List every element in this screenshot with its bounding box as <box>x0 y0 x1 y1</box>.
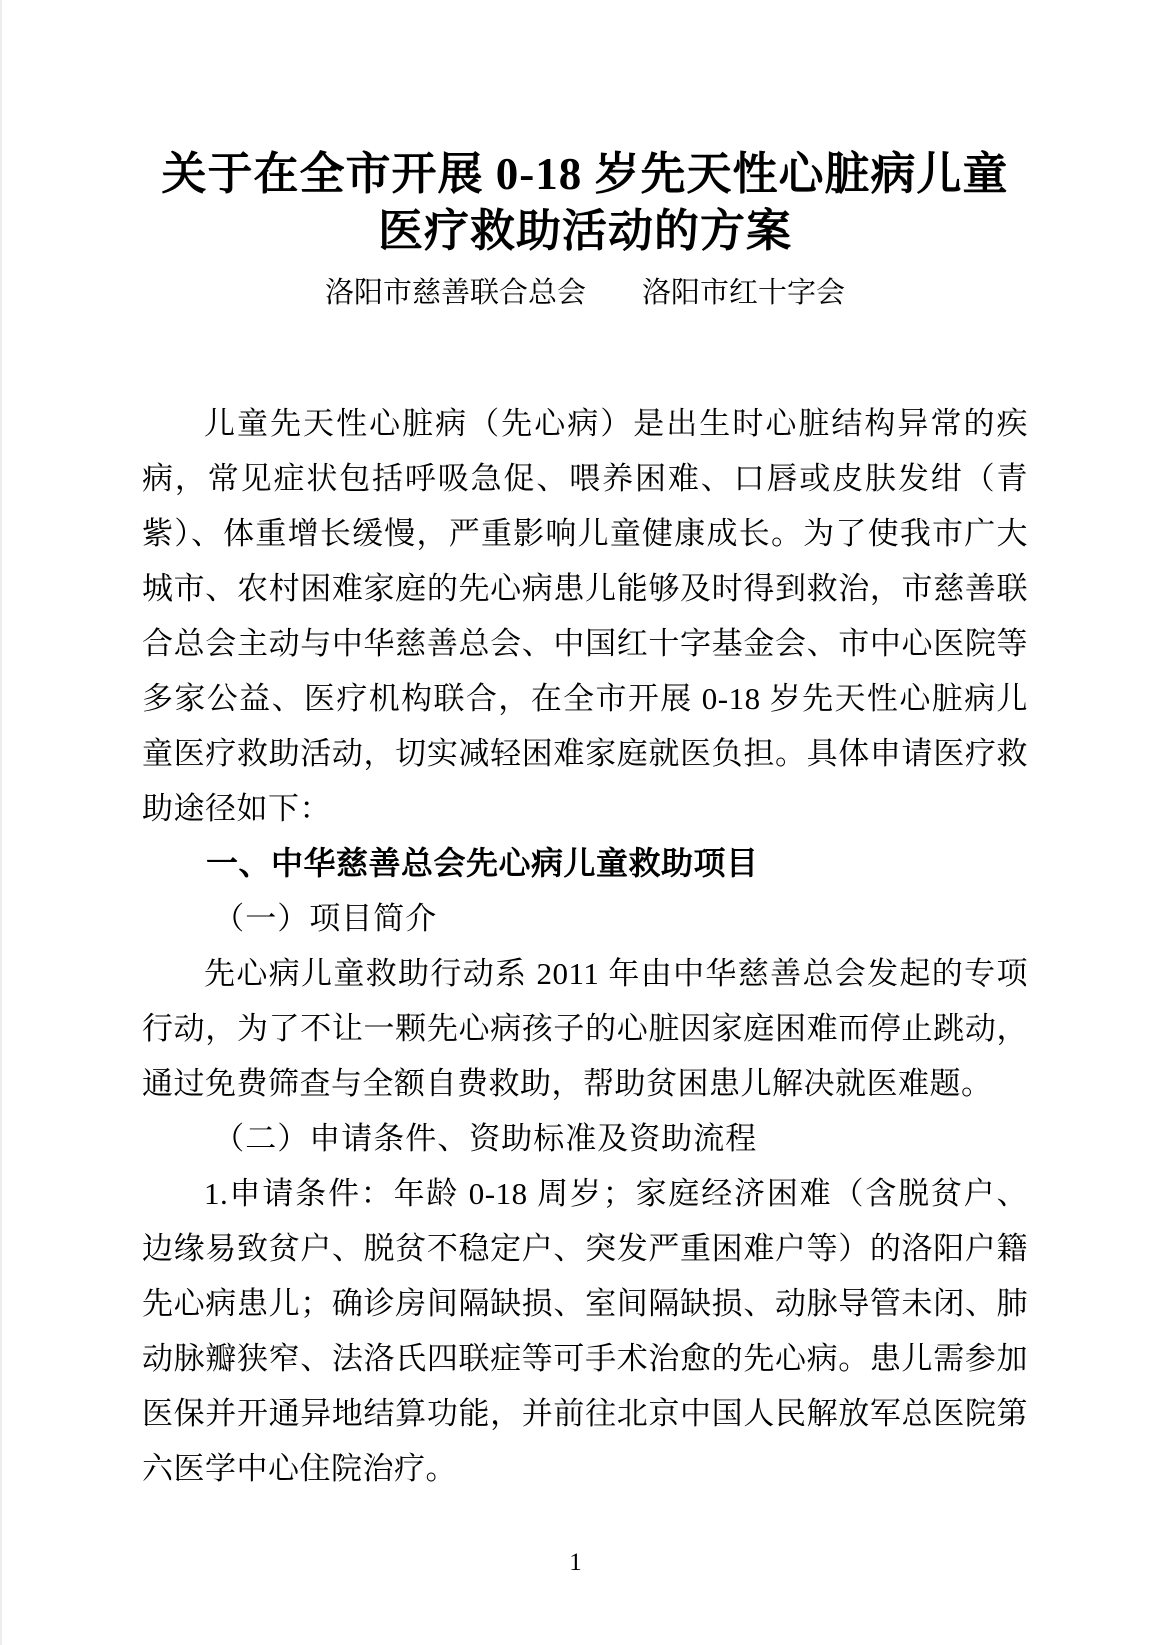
document-title: 关于在全市开展 0-18 岁先天性心脏病儿童医疗救助活动的方案 <box>142 146 1028 260</box>
document-subtitle: 洛阳市慈善联合总会洛阳市红十字会 <box>142 274 1028 312</box>
paragraph-application-conditions: 1.申请条件：年龄 0-18 周岁；家庭经济困难（含脱贫户、边缘易致贫户、脱贫不… <box>142 1166 1028 1496</box>
document-page: 关于在全市开展 0-18 岁先天性心脏病儿童医疗救助活动的方案 洛阳市慈善联合总… <box>0 0 1149 1645</box>
organization-name-1: 洛阳市慈善联合总会 <box>325 277 586 309</box>
page-number: 1 <box>2 1548 1149 1578</box>
section-heading-1: 一、中华慈善总会先心病儿童救助项目 <box>142 836 1028 891</box>
paragraph-project-brief: 先心病儿童救助行动系 2011 年由中华慈善总会发起的专项行动，为了不让一颗先心… <box>142 946 1028 1111</box>
subsection-heading-1-1: （一）项目简介 <box>142 891 1028 946</box>
paragraph-intro: 儿童先天性心脏病（先心病）是出生时心脏结构异常的疾病，常见症状包括呼吸急促、喂养… <box>142 396 1028 836</box>
organization-name-2: 洛阳市红十字会 <box>642 277 845 309</box>
subsection-heading-1-2: （二）申请条件、资助标准及资助流程 <box>142 1111 1028 1166</box>
document-content: 关于在全市开展 0-18 岁先天性心脏病儿童医疗救助活动的方案 洛阳市慈善联合总… <box>2 146 1149 1496</box>
